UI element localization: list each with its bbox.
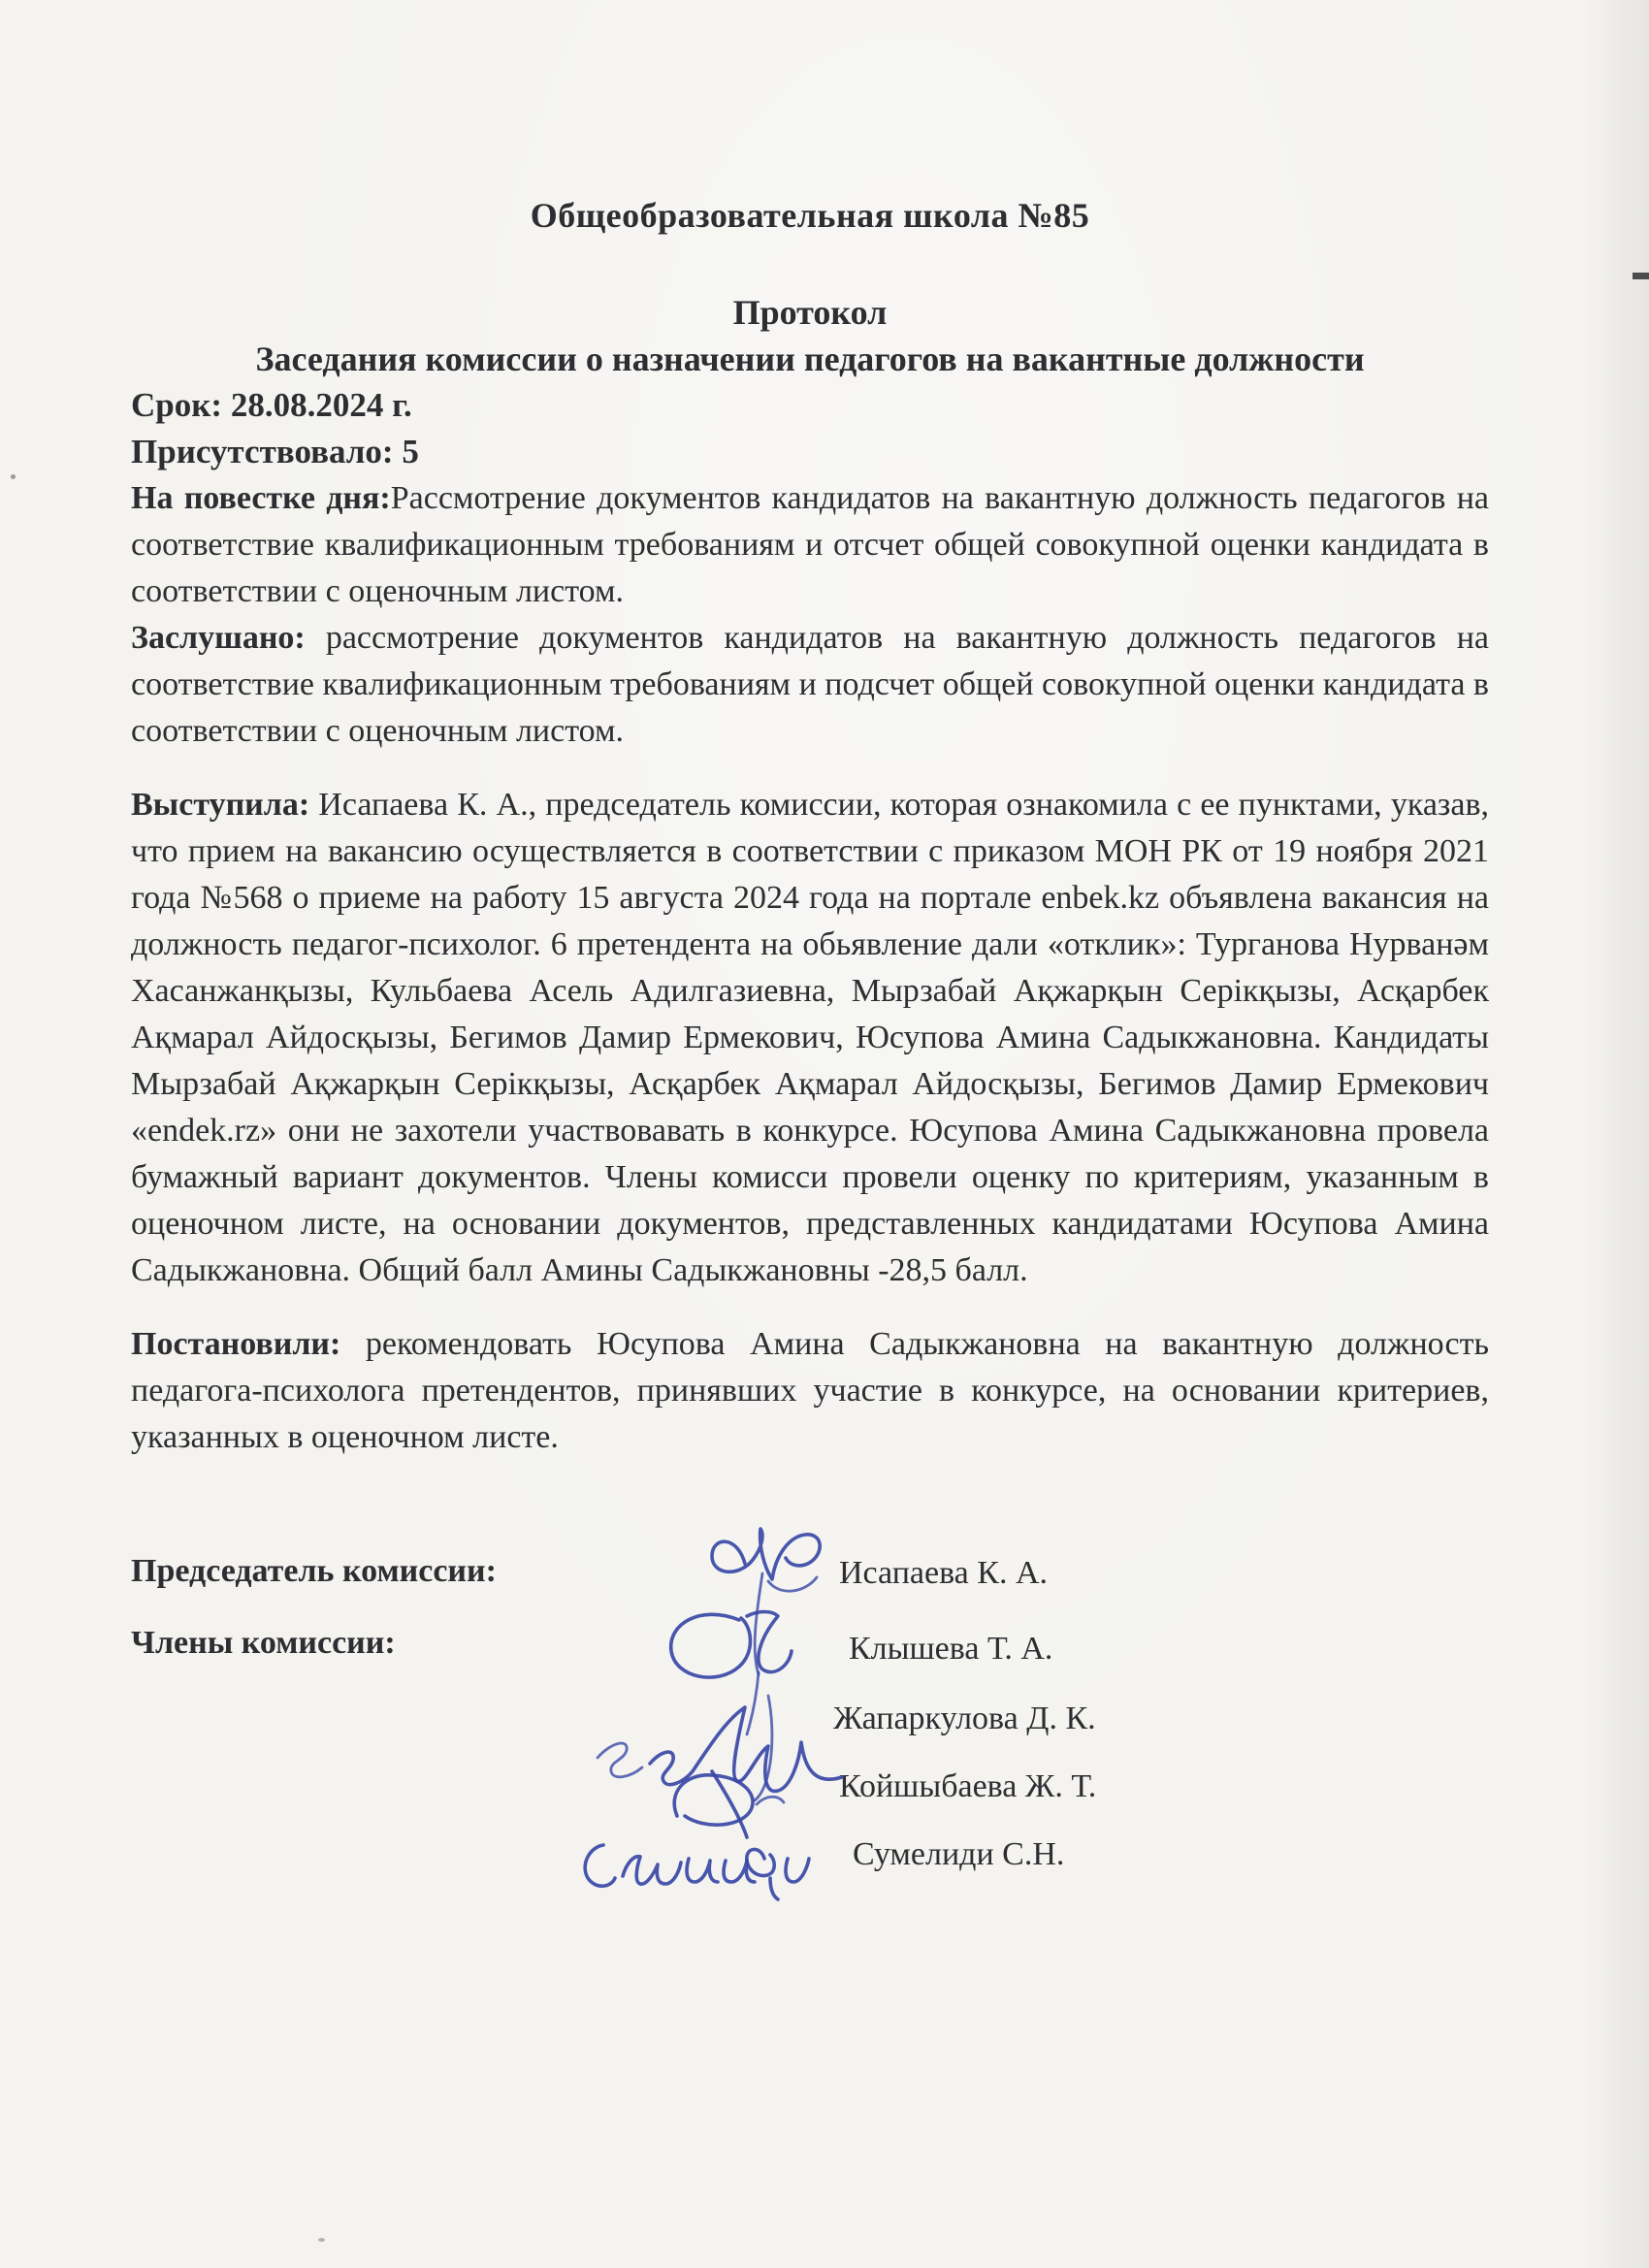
scanned-protocol-document: Общеобразовательная школа №85 Протокол З… <box>0 0 1649 2268</box>
members-role-label: Члены комиссии: <box>131 1622 396 1665</box>
scan-edge-mark <box>1633 273 1649 279</box>
attendance-line: Присутствовало: 5 <box>131 429 1489 475</box>
signature-ink-member-4 <box>585 1845 809 1899</box>
signature-ink-member-1 <box>671 1612 792 1735</box>
heard-text: рассмотрение документов кандидатов на ва… <box>131 620 1489 749</box>
scan-speck <box>318 2238 325 2242</box>
agenda-lead: На повестке дня: <box>131 480 391 516</box>
doc-heading: Протокол <box>131 289 1489 336</box>
date-line: Срок: 28.08.2024 г. <box>131 382 1489 429</box>
resolution-paragraph: Постановили: рекомендовать Юсупова Амина… <box>131 1321 1489 1461</box>
school-title: Общеобразовательная школа №85 <box>131 192 1489 239</box>
speaker-paragraph: Выступила: Исапаева К. А., председатель … <box>131 782 1489 1294</box>
heard-paragraph: Заслушано: рассмотрение документов канди… <box>131 615 1489 755</box>
agenda-paragraph: На повестке дня:Рассмотрение документов … <box>131 475 1489 615</box>
resolution-lead: Постановили: <box>131 1326 340 1362</box>
chair-role-label: Председатель комиссии: <box>131 1550 497 1593</box>
signature-block: Председатель комиссии: Исапаева К. А. Чл… <box>131 1550 1489 1977</box>
heard-lead: Заслушано: <box>131 620 306 656</box>
doc-subtitle: Заседания комиссии о назначении педагого… <box>131 336 1489 382</box>
signature-ink-chair <box>712 1529 820 1674</box>
speaker-lead: Выступила: <box>131 787 309 823</box>
scan-speck <box>11 474 16 479</box>
speaker-text: Исапаева К. А., председатель комиссии, к… <box>131 787 1489 1288</box>
handwritten-signatures-ink <box>514 1504 931 1930</box>
